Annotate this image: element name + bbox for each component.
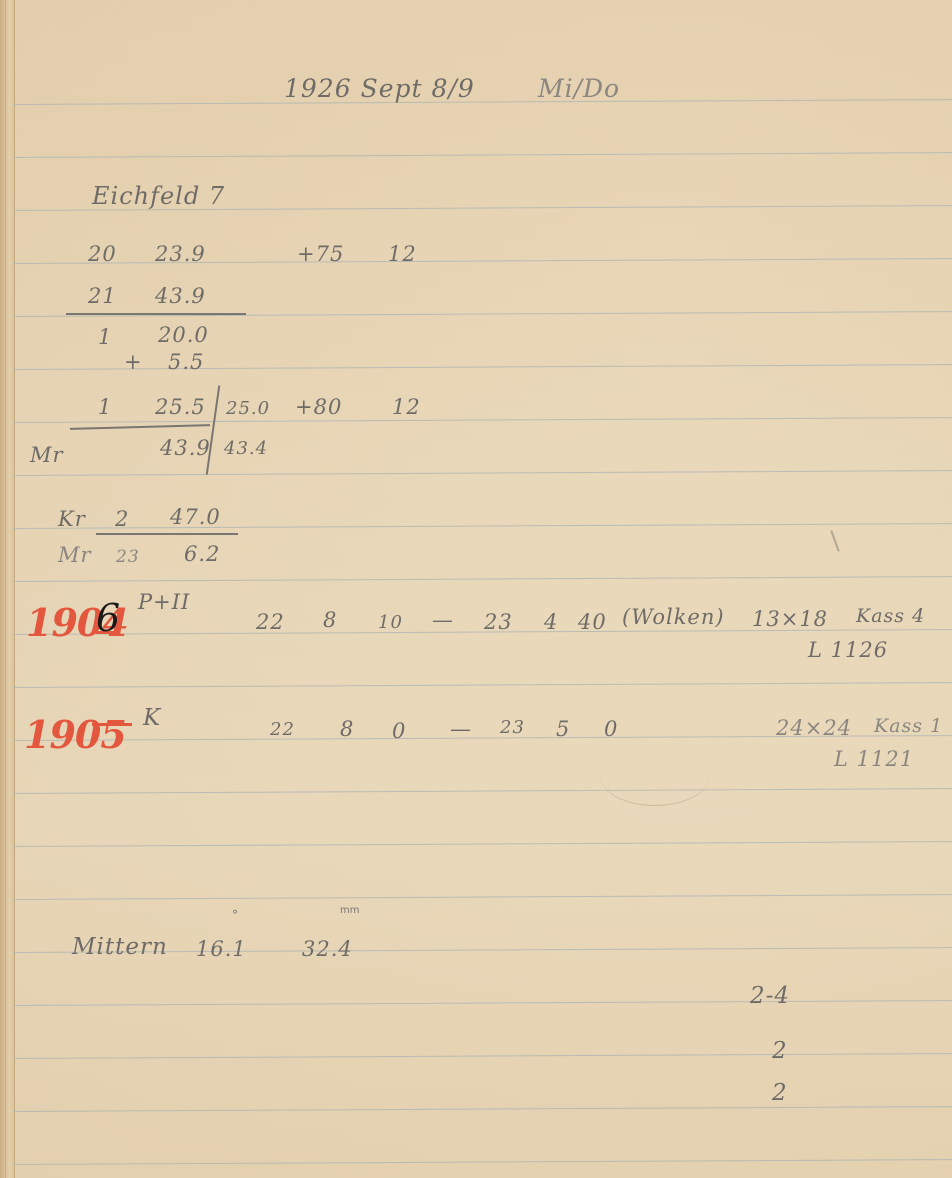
entry-end-h: 23 (500, 717, 525, 738)
row-value: 43.9 (155, 284, 206, 308)
ruled-line (14, 1053, 952, 1059)
row-count: 12 (388, 242, 417, 266)
entry-start-m: 8 (340, 717, 354, 741)
calc-extra: +80 (295, 395, 342, 419)
entry-end-h: 23 (484, 610, 513, 634)
ruled-line (14, 1159, 952, 1165)
tally-item: 2 (772, 1080, 788, 1106)
column-divider (206, 385, 220, 474)
ruled-line (14, 1000, 952, 1006)
ruled-line (14, 523, 952, 529)
mr-label-2: Mr (58, 543, 92, 567)
sum-underline (66, 313, 246, 315)
kr-value: 47.0 (170, 505, 221, 529)
notebook-page: 1926 Sept 8/9 Mi/Do Eichfeld 7 20 23.9 +… (0, 0, 952, 1178)
entry-start-h: 22 (270, 719, 295, 740)
calc-hour: 1 (98, 395, 112, 419)
ruled-line (14, 788, 952, 794)
plate-number-dash (92, 723, 132, 726)
header-date: 1926 Sept 8/9 (284, 74, 475, 103)
entry-end-m: 5 (556, 717, 570, 741)
row-hour: 21 (88, 284, 117, 308)
page-binding-edge (0, 0, 15, 1178)
mr-label: Mr (30, 443, 64, 467)
entry-dash: — (450, 717, 472, 741)
entry-object: P+II (138, 590, 190, 614)
ruled-line (14, 99, 952, 105)
paper-stain (600, 745, 710, 806)
calc-value: 5.5 (168, 350, 204, 374)
entry-object: K (143, 705, 161, 731)
mm-unit: mm (340, 905, 359, 916)
entry-start-s: 0 (392, 719, 406, 743)
mr-left-value: 43.9 (160, 436, 211, 460)
stray-pencil-mark (830, 530, 839, 551)
calc-plus: + (124, 350, 143, 374)
ruled-line (14, 364, 952, 370)
entry-end-s: 0 (604, 717, 618, 741)
ruled-line (14, 470, 952, 476)
calc-value: 25.5 (155, 395, 206, 419)
entry-format: 13×18 (752, 607, 828, 631)
entry-start-h: 22 (256, 610, 285, 634)
plate-number-red: 1905 (24, 712, 126, 757)
entry-end-m: 4 (544, 610, 558, 634)
kr-hour: 2 (115, 507, 129, 531)
mr-hour-2: 23 (116, 547, 140, 567)
header-day: Mi/Do (538, 74, 620, 103)
row-hour: 20 (88, 242, 117, 266)
entry-dash: — (432, 608, 454, 632)
entry-format: 24×24 (776, 716, 852, 740)
entry-kass: Kass 4 (856, 605, 925, 627)
row-value: 23.9 (155, 242, 206, 266)
tally-item: 2 (772, 1038, 788, 1064)
entry-start-s: 10 (378, 612, 403, 633)
entry-note: (Wolken) (622, 605, 725, 629)
section-title-eichfeld: Eichfeld 7 (92, 182, 225, 210)
mr-right-value: 43.4 (224, 438, 268, 459)
entry-start-m: 8 (323, 608, 337, 632)
mittern-label: Mittern (72, 934, 168, 960)
ruled-line (14, 152, 952, 158)
entry-end-s: 40 (578, 610, 607, 634)
entry-lens: L 1126 (808, 638, 888, 662)
calc-hour: 1 (98, 325, 112, 349)
ruled-line (14, 894, 952, 900)
plate-number-correction: 6 (96, 596, 121, 640)
ruled-line (14, 841, 952, 847)
calc-right-value: 25.0 (226, 398, 270, 419)
row-extra: +75 (297, 242, 344, 266)
mittern-temp: 16.1 (196, 937, 247, 961)
tally-item: 2-4 (750, 983, 790, 1009)
calc-count: 12 (392, 395, 421, 419)
entry-kass: Kass 1 (874, 715, 943, 737)
calc-value: 20.0 (158, 323, 209, 347)
mr-value-2: 6.2 (184, 542, 220, 566)
ruled-line (14, 576, 952, 582)
ruled-line (14, 1106, 952, 1112)
degree-symbol: ° (232, 908, 238, 922)
entry-lens: L 1121 (834, 747, 914, 771)
result-overline (70, 424, 210, 429)
kr-underline (96, 533, 238, 535)
ruled-line (14, 682, 952, 688)
kr-label: Kr (58, 507, 86, 531)
mittern-pressure: 32.4 (302, 937, 353, 961)
